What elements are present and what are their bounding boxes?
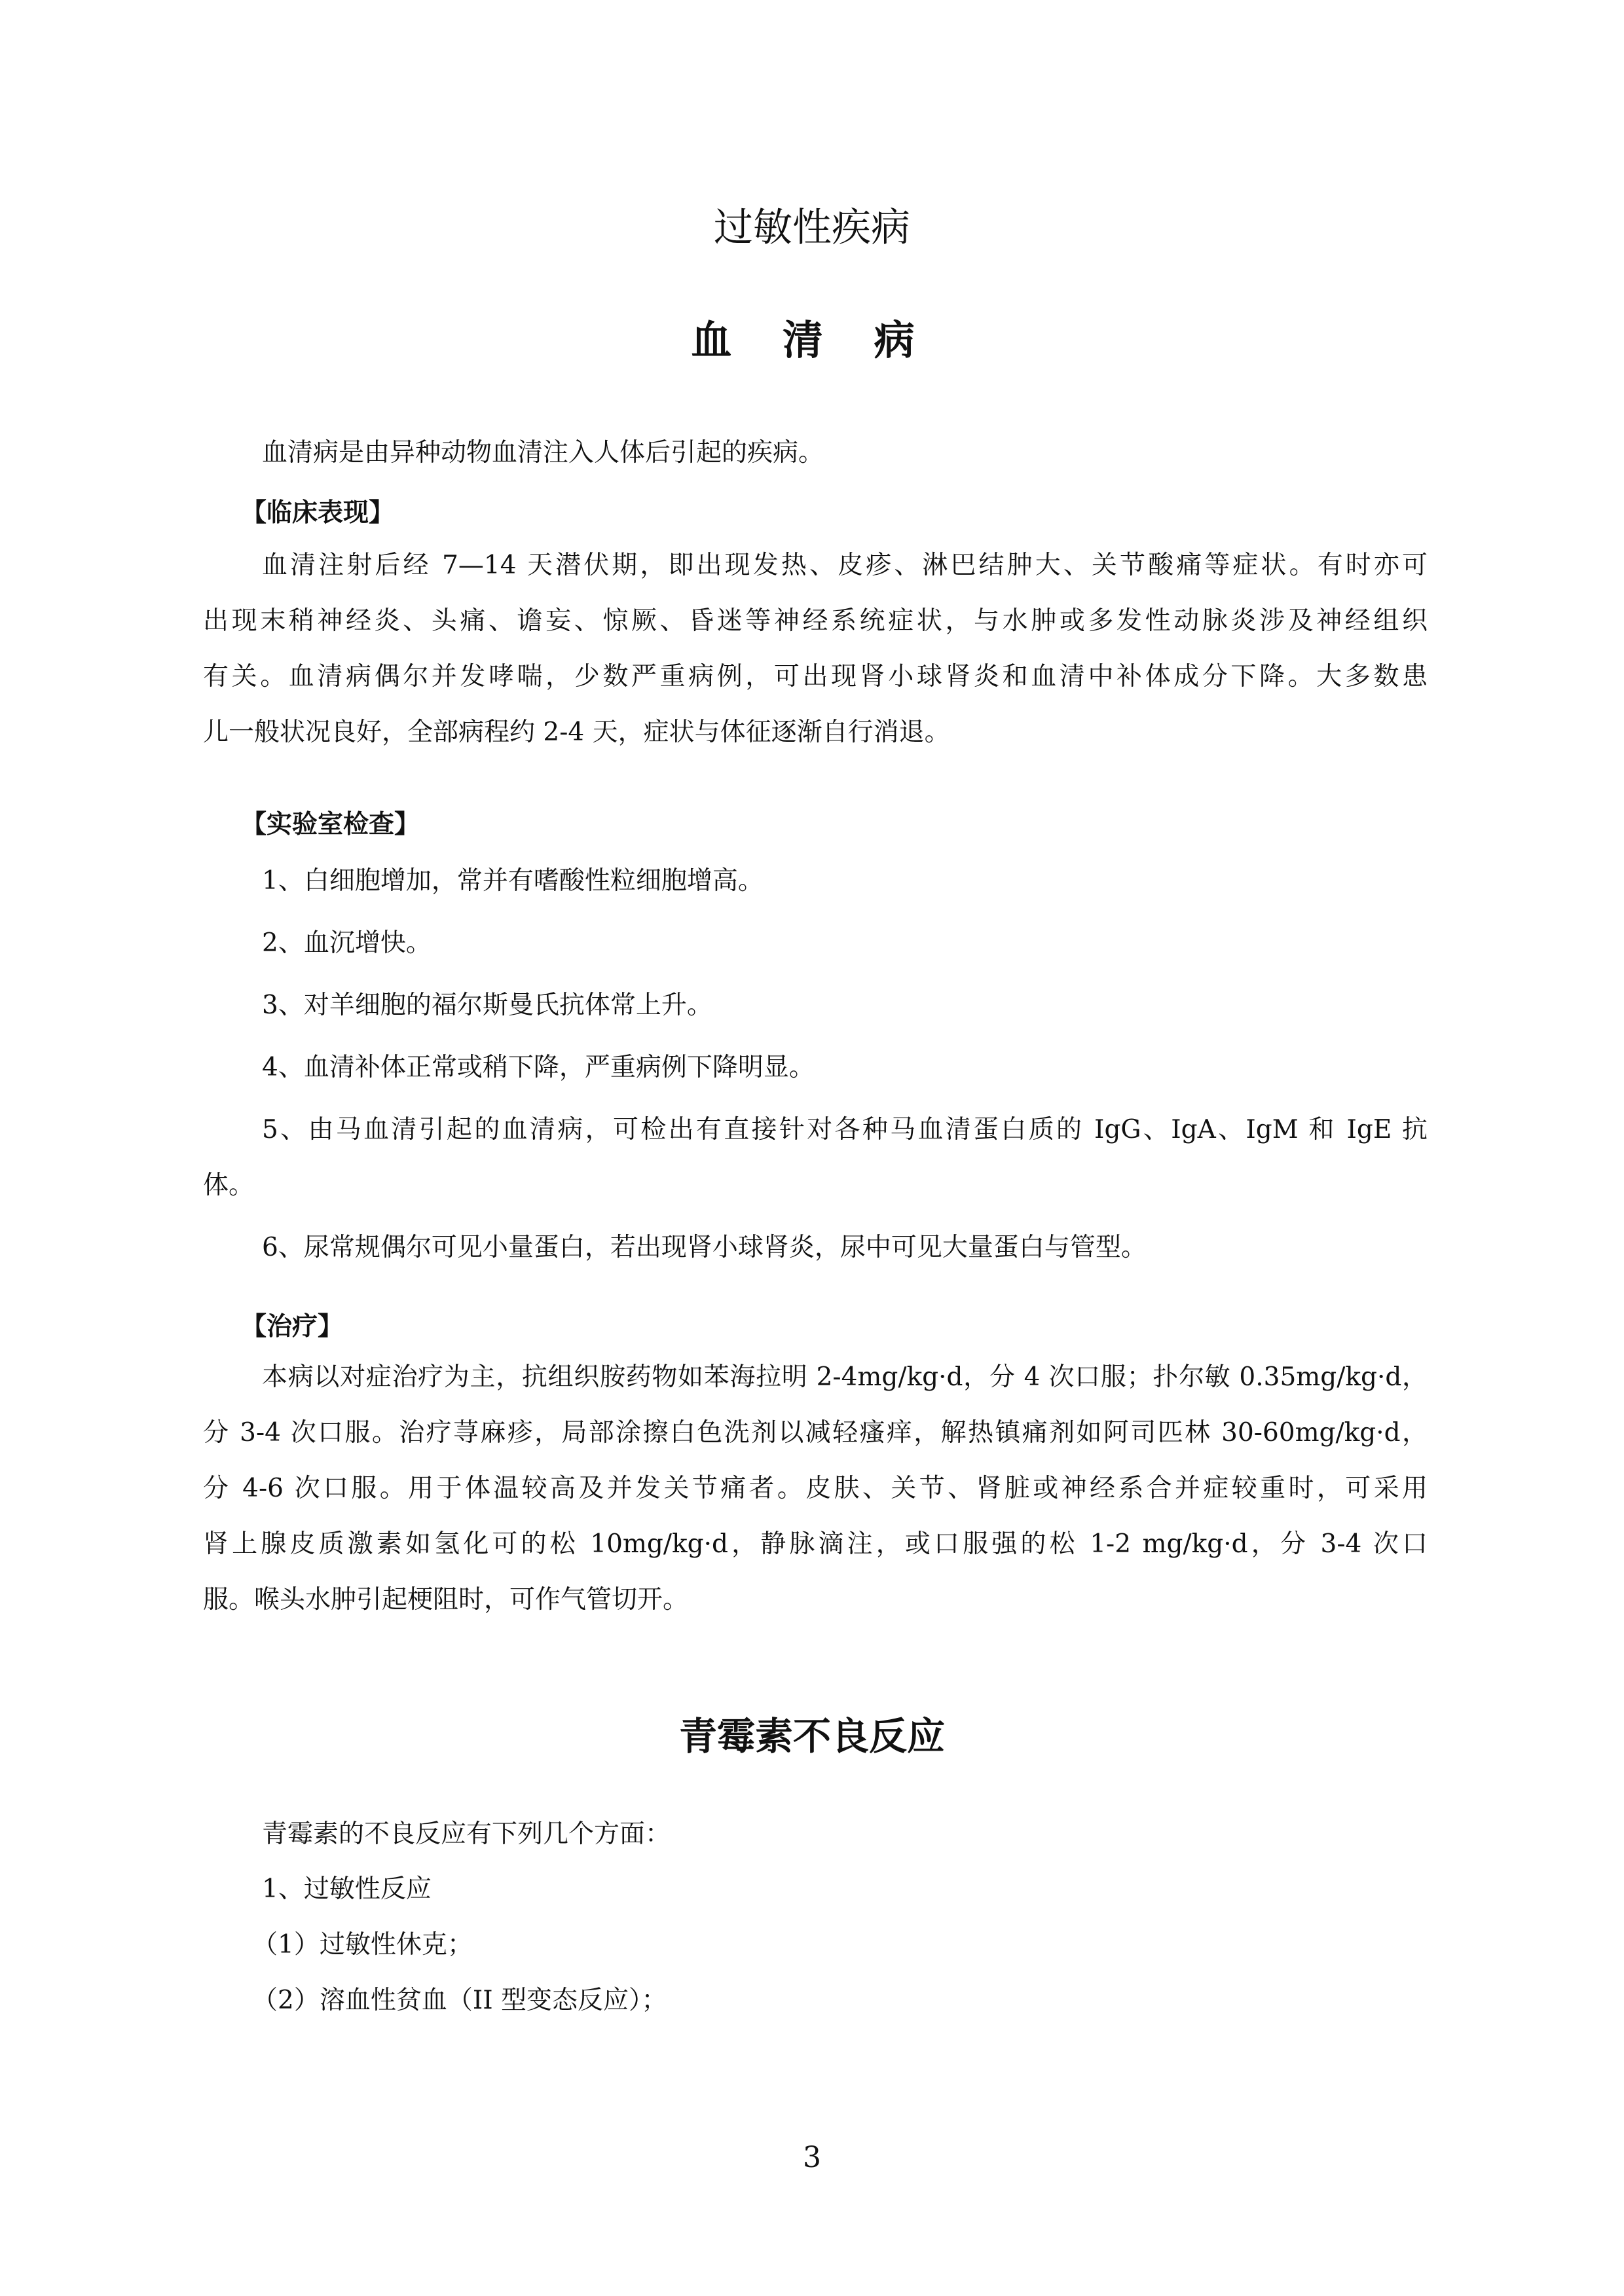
document-page: 过敏性疾病 血 清 病 血清病是由异种动物血清注入人体后引起的疾病。 【临床表现…	[0, 0, 1624, 2296]
treatment-line: 服。喉头水肿引起梗阻时，可作气管切开。	[203, 1584, 688, 1616]
section-title-penicillin: 青霉素不良反应	[0, 1705, 1624, 1760]
clinical-line: 儿一般状况良好，全部病程约 2-4 天，症状与体征逐渐自行消退。	[203, 717, 950, 748]
treatment-line: 肾上腺皮质激素如氢化可的松 10mg/kg·d，静脉滴注，或口服强的松 1-2 …	[203, 1529, 1428, 1560]
document-title: 过敏性疾病	[0, 196, 1624, 253]
lab-item: 1、白细胞增加，常并有嗜酸性粒细胞增高。	[262, 866, 764, 897]
clinical-line: 血清注射后经 7—14 天潜伏期，即出现发热、皮疹、淋巴结肿大、关节酸痛等症状。…	[262, 550, 1428, 581]
penicillin-item: 1、过敏性反应	[262, 1874, 432, 1905]
lab-item: 5、由马血清引起的血清病，可检出有直接针对各种马血清蛋白质的 IgG、IgA、I…	[262, 1114, 1428, 1146]
treatment-line: 本病以对症治疗为主，抗组织胺药物如苯海拉明 2-4mg/kg·d，分 4 次口服…	[262, 1362, 1428, 1393]
lab-item: 3、对羊细胞的福尔斯曼氏抗体常上升。	[262, 990, 712, 1021]
penicillin-subitem: （2）溶血性贫血（II 型变态反应）；	[252, 1985, 667, 2016]
heading-lab: 【实验室检查】	[241, 804, 420, 841]
clinical-line: 有关。血清病偶尔并发哮喘，少数严重病例，可出现肾小球肾炎和血清中补体成分下降。大…	[203, 661, 1428, 693]
page-number: 3	[0, 2141, 1624, 2174]
intro-paragraph: 血清病是由异种动物血清注入人体后引起的疾病。	[262, 437, 824, 469]
lab-item: 6、尿常规偶尔可见小量蛋白，若出现肾小球肾炎，尿中可见大量蛋白与管型。	[262, 1232, 1147, 1264]
treatment-line: 分 4-6 次口服。用于体温较高及并发关节痛者。皮肤、关节、肾脏或神经系合并症较…	[203, 1473, 1428, 1504]
lab-item: 4、血清补体正常或稍下降，严重病例下降明显。	[262, 1052, 815, 1084]
heading-clinical: 【临床表现】	[241, 492, 394, 529]
penicillin-intro: 青霉素的不良反应有下列几个方面：	[262, 1819, 671, 1850]
heading-treatment: 【治疗】	[241, 1306, 343, 1343]
lab-item: 2、血沉增快。	[262, 928, 432, 959]
treatment-line: 分 3-4 次口服。治疗荨麻疹，局部涂擦白色洗剂以减轻瘙痒，解热镇痛剂如阿司匹林…	[203, 1417, 1428, 1449]
penicillin-subitem: （1）过敏性休克；	[252, 1929, 473, 1961]
section-title-serum-sickness: 血 清 病	[0, 308, 1624, 366]
lab-item-continued: 体。	[203, 1170, 254, 1201]
clinical-line: 出现末稍神经炎、头痛、谵妄、惊厥、昏迷等神经系统症状，与水肿或多发性动脉炎涉及神…	[203, 606, 1428, 637]
